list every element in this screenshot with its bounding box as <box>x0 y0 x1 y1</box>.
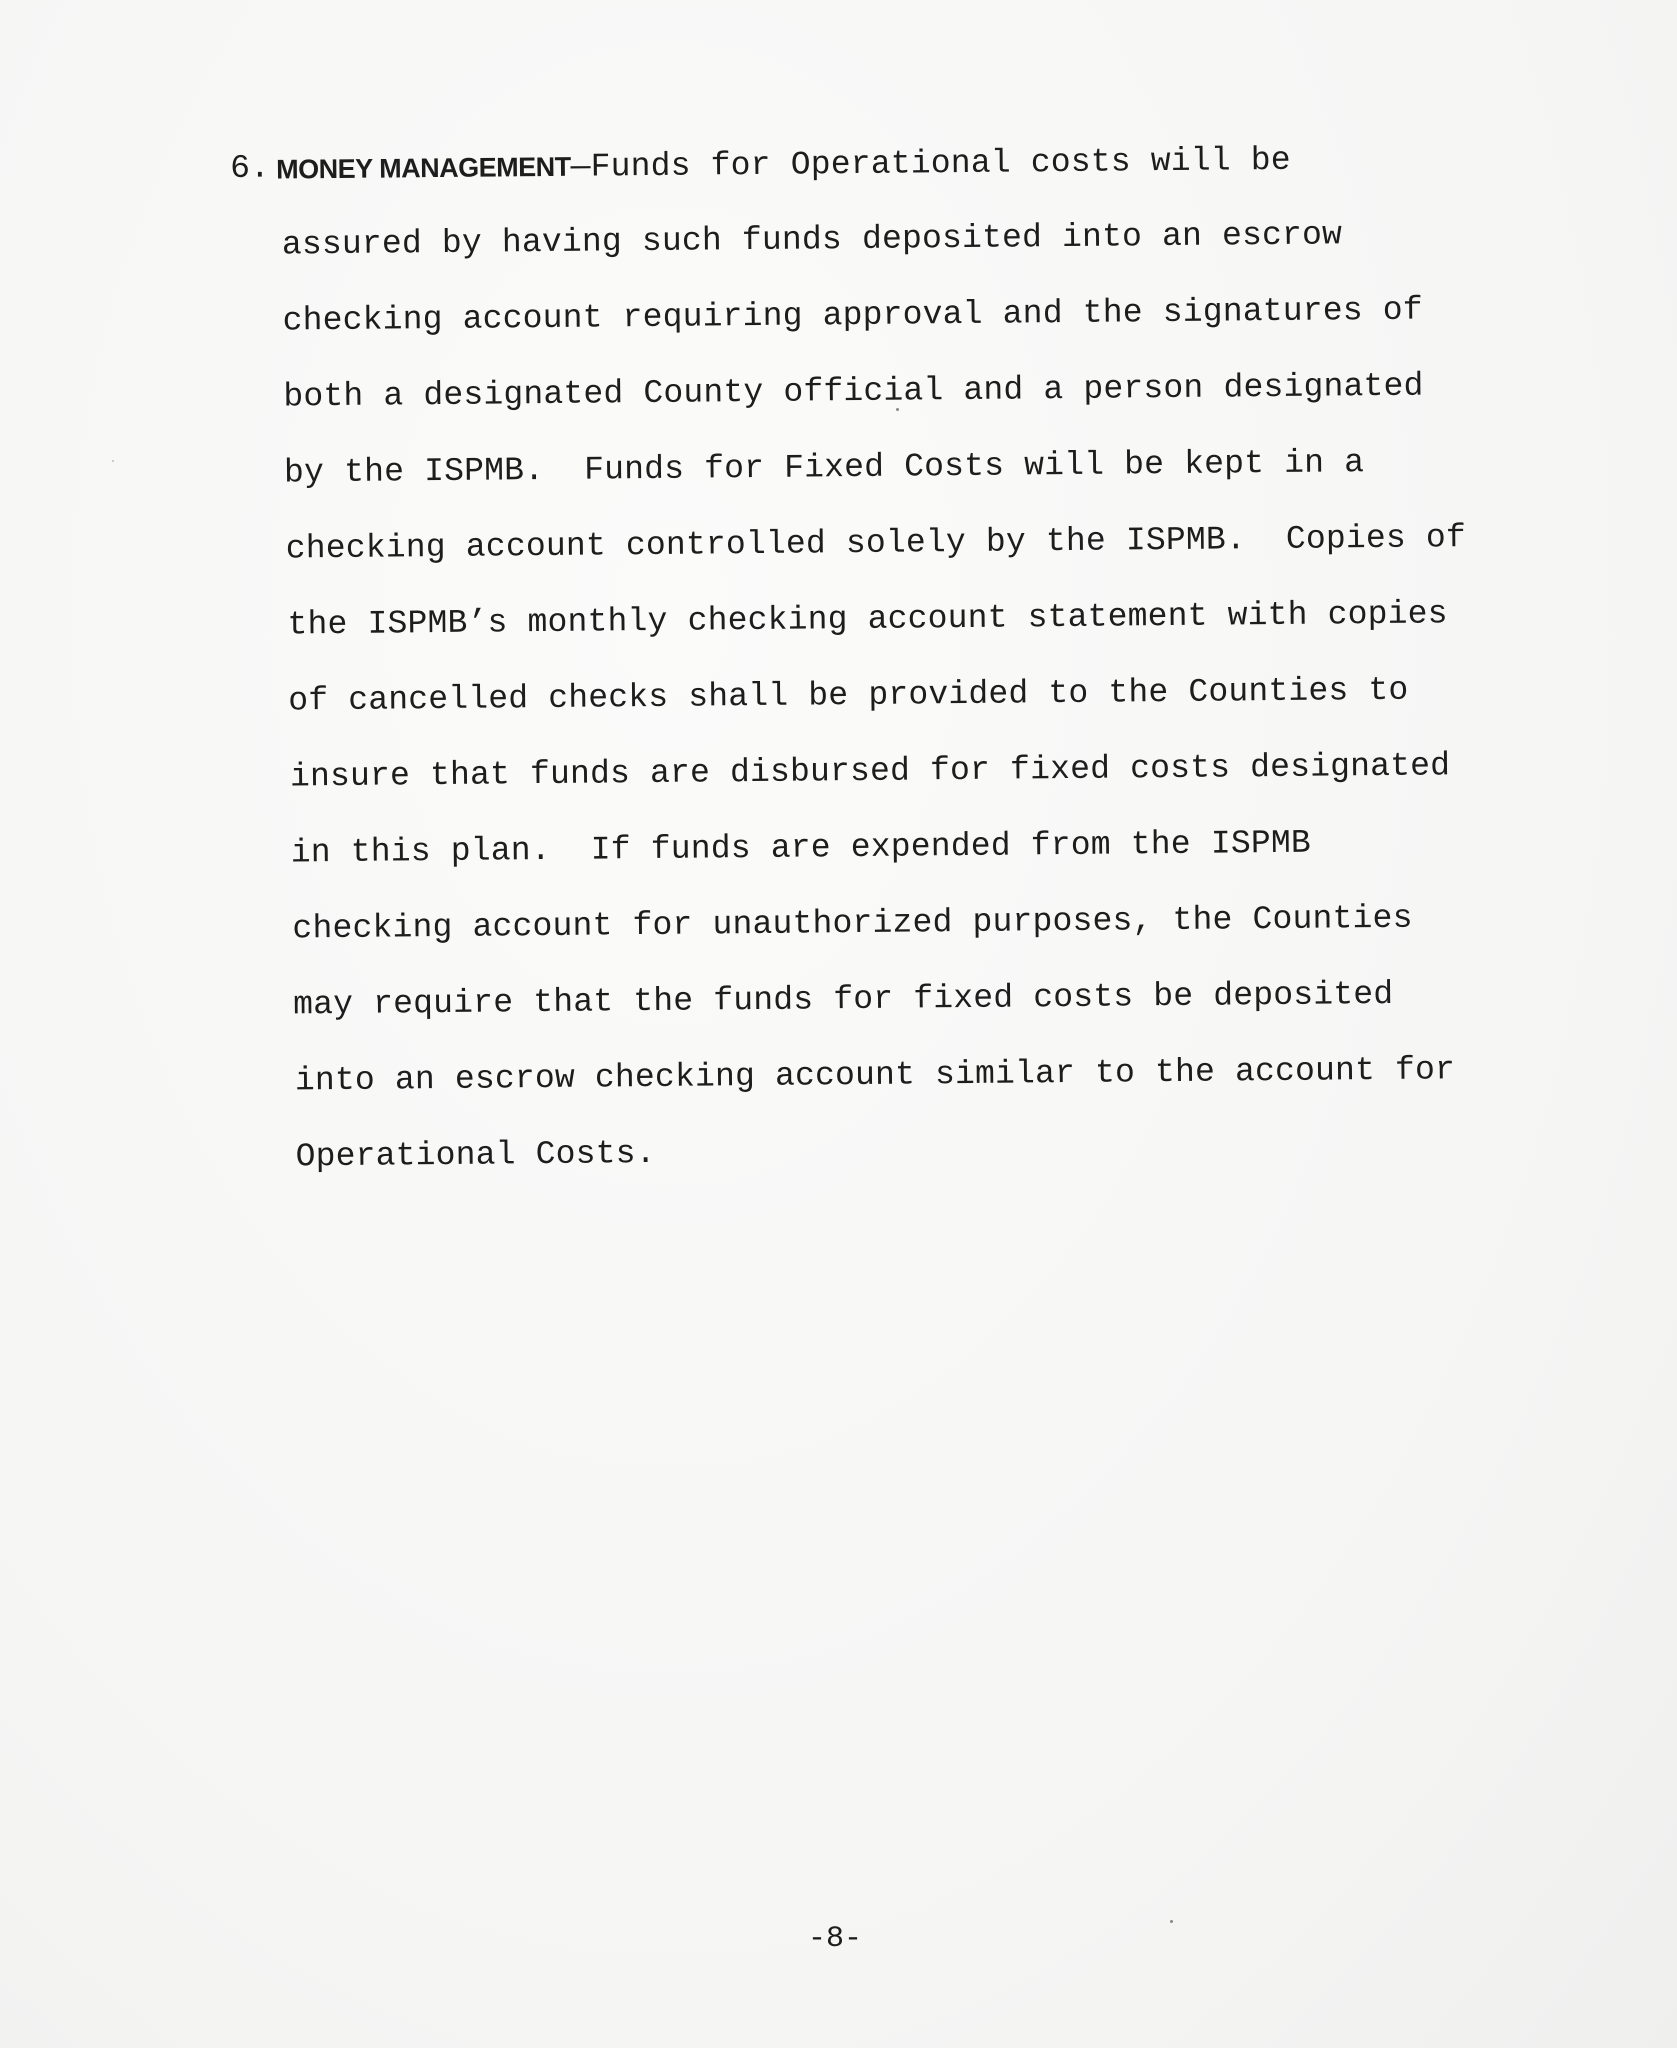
section-heading: MONEY MANAGEMENT <box>276 152 571 185</box>
paragraph-line-14: Operational Costs. <box>295 1134 655 1177</box>
heading-dash: — <box>571 149 591 186</box>
paragraph-line-9: insure that funds are disbursed for fixe… <box>290 746 1451 797</box>
paragraph-line-11: checking account for unauthorized purpos… <box>292 899 1413 950</box>
paragraph-line-12: may require that the funds for fixed cos… <box>293 975 1394 1026</box>
paragraph-line-4: both a designated County official and a … <box>283 367 1424 418</box>
scan-speck <box>112 460 114 462</box>
section-number: 6. <box>230 150 270 187</box>
document-page: 6. MONEY MANAGEMENT—Funds for Operationa… <box>0 0 1677 2048</box>
paragraph-line-5: by the ISPMB. Funds for Fixed Costs will… <box>284 443 1365 493</box>
paragraph-line-2: assured by having such funds deposited i… <box>282 215 1343 265</box>
paragraph-line-3: checking account requiring approval and … <box>282 291 1423 342</box>
paragraph-line-13: into an escrow checking account similar … <box>295 1050 1456 1101</box>
page-number: -8- <box>808 1922 862 1956</box>
paragraph-line-10: in this plan. If funds are expended from… <box>291 824 1312 874</box>
scan-speck <box>896 408 899 411</box>
paragraph-line-1: MONEY MANAGEMENT—Funds for Operational c… <box>276 140 1291 191</box>
paragraph-line-8: of cancelled checks shall be provided to… <box>288 671 1409 722</box>
line-text: Funds for Operational costs will be <box>591 142 1291 186</box>
scan-speck <box>1170 1920 1173 1923</box>
paragraph-line-6: checking account controlled solely by th… <box>286 518 1467 569</box>
paragraph-line-7: the ISPMB’s monthly checking account sta… <box>287 594 1448 645</box>
